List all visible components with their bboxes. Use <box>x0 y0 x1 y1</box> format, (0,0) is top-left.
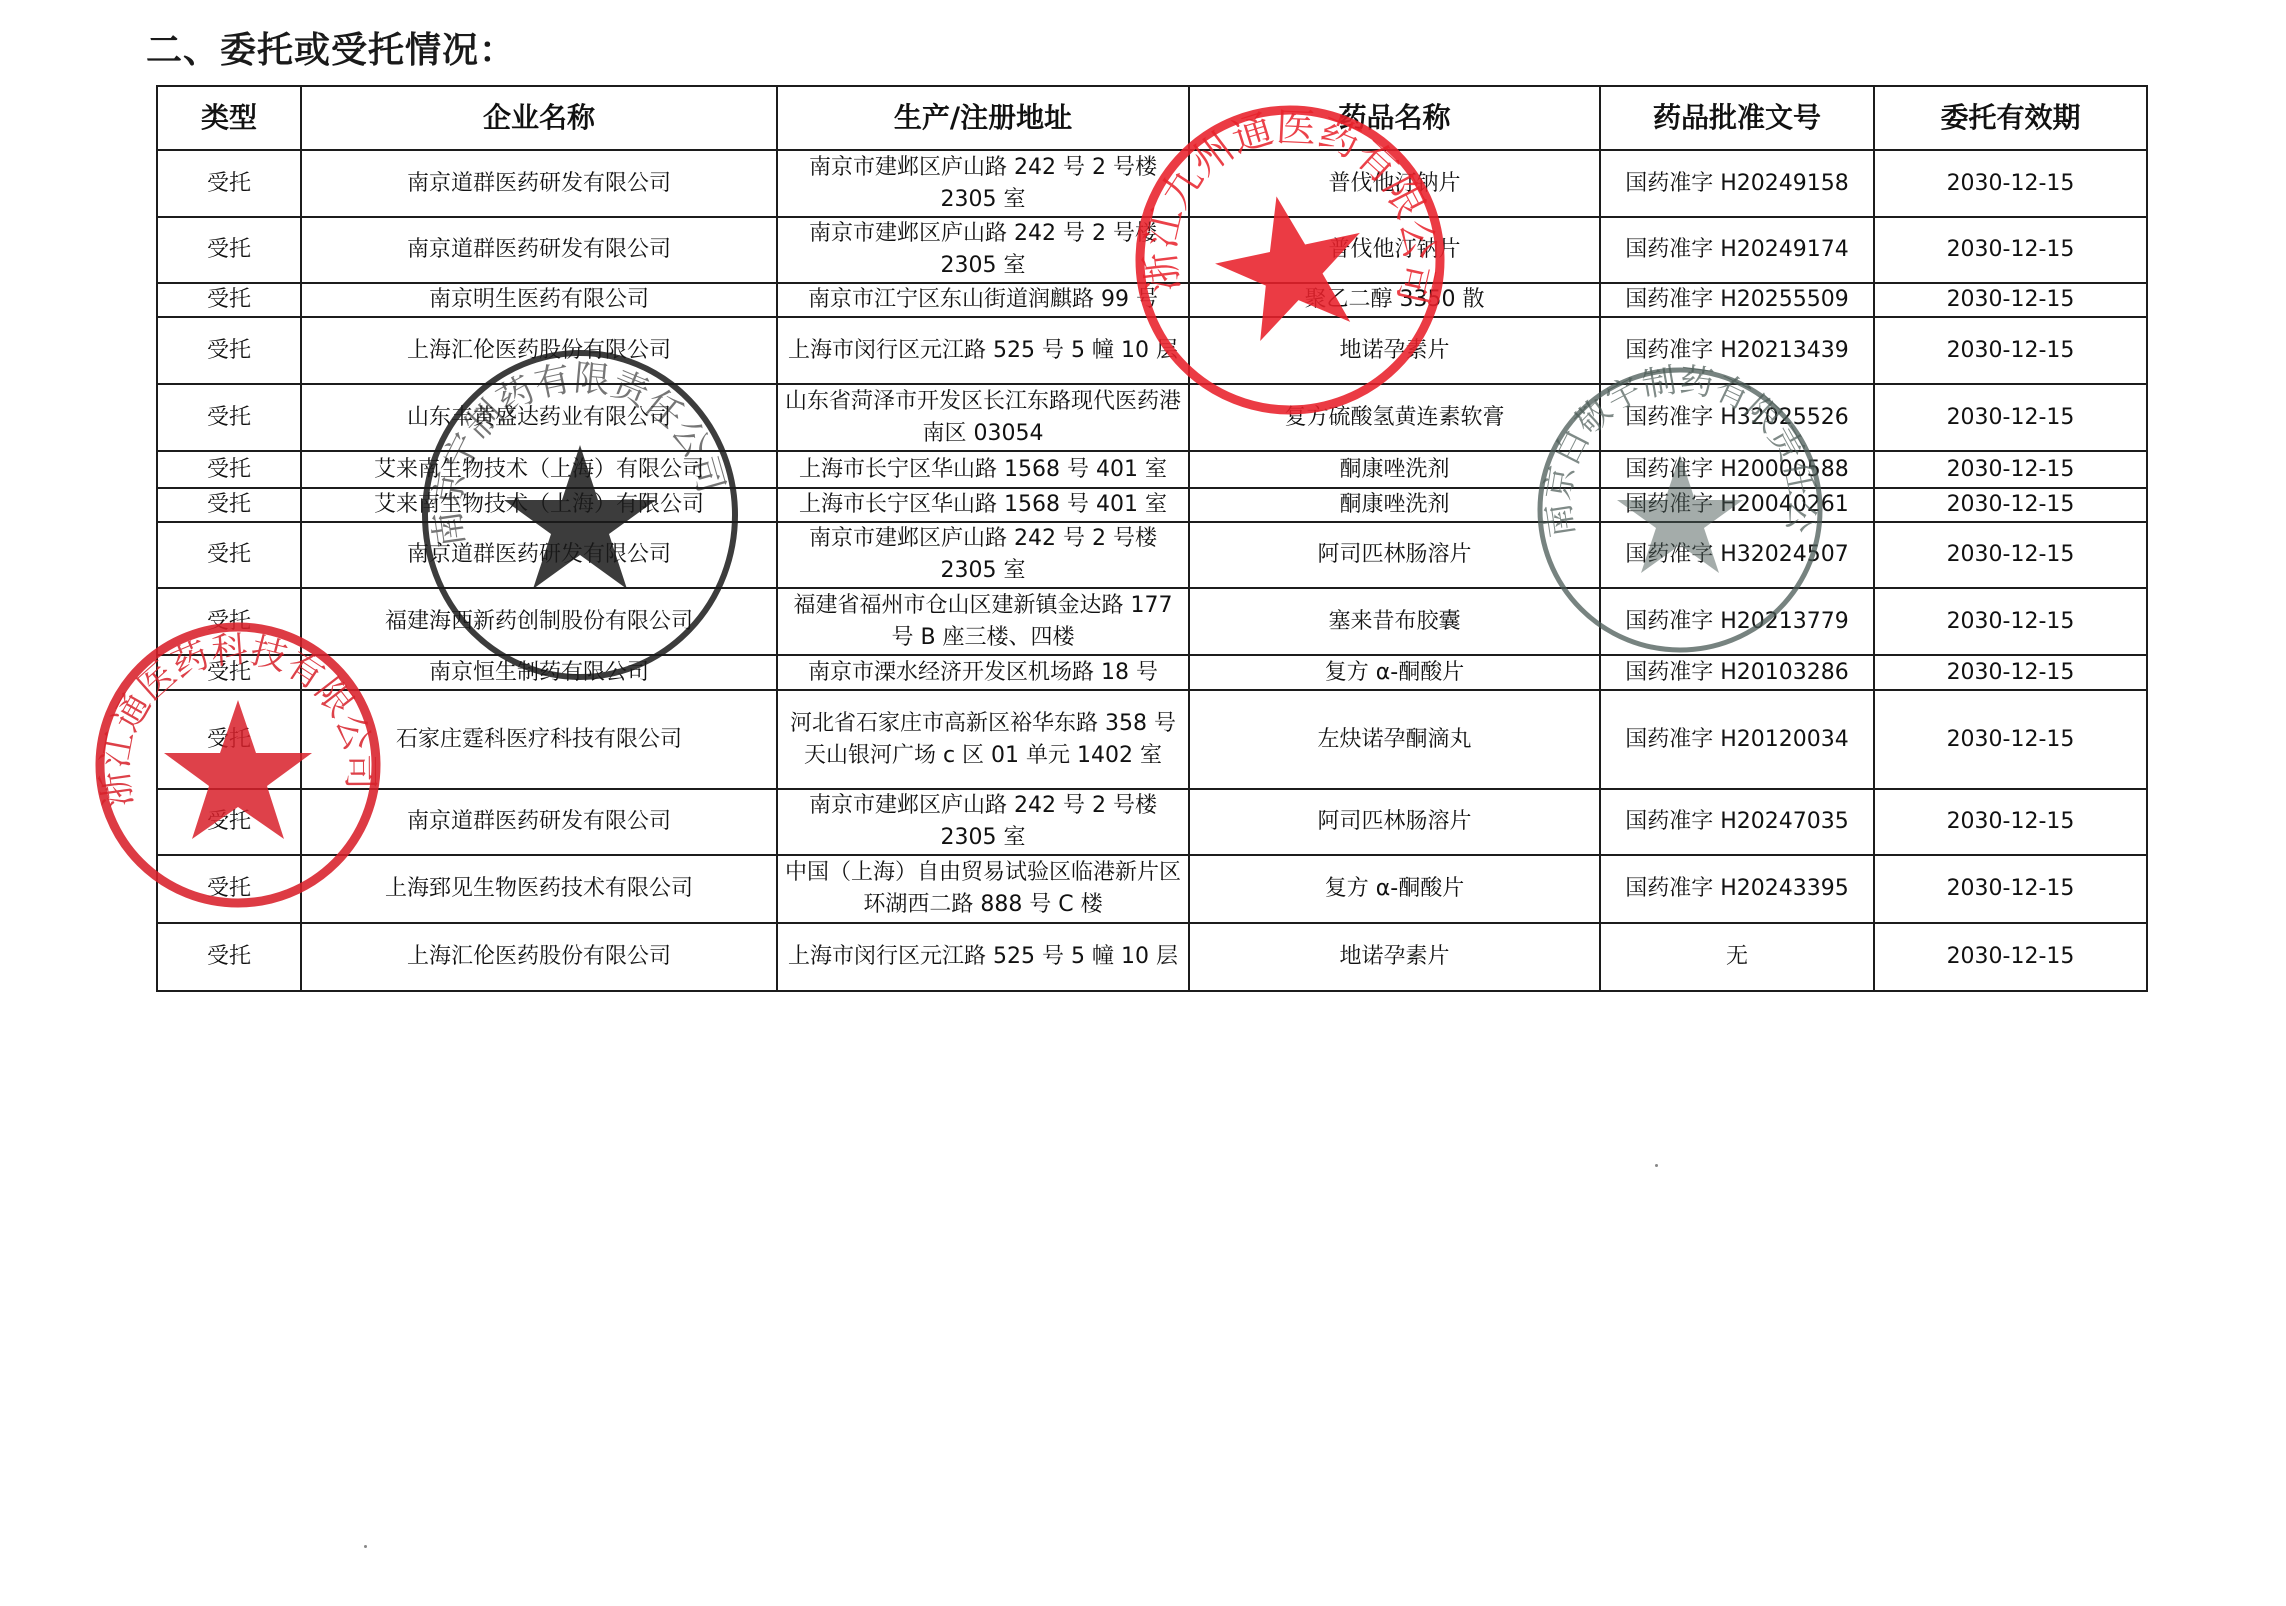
cell-company: 南京道群医药研发有限公司 <box>301 789 777 855</box>
cell-type: 受托 <box>157 690 301 789</box>
cell-company: 艾来南生物技术（上海）有限公司 <box>301 488 777 522</box>
cell-company: 石家庄霆科医疗科技有限公司 <box>301 690 777 789</box>
cell-valid-until: 2030-12-15 <box>1874 789 2147 855</box>
cell-type: 受托 <box>157 655 301 690</box>
table-row: 受托南京道群医药研发有限公司南京市建邺区庐山路 242 号 2 号楼 2305 … <box>157 150 2147 217</box>
cell-company: 艾来南生物技术（上海）有限公司 <box>301 451 777 488</box>
cell-approval: 国药准字 H20249174 <box>1600 217 1874 283</box>
cell-address: 上海市闵行区元江路 525 号 5 幢 10 层 <box>777 923 1189 991</box>
entrustment-table: 类型 企业名称 生产/注册地址 药品名称 药品批准文号 委托有效期 受托南京道群… <box>156 85 2148 992</box>
table-row: 受托福建海西新药创制股份有限公司福建省福州市仓山区建新镇金达路 177 号 B … <box>157 588 2147 655</box>
cell-address: 山东省菏泽市开发区长江东路现代医药港南区 03054 <box>777 384 1189 451</box>
cell-valid-until: 2030-12-15 <box>1874 150 2147 217</box>
cell-type: 受托 <box>157 451 301 488</box>
cell-approval: 国药准字 H20213779 <box>1600 588 1874 655</box>
cell-address: 河北省石家庄市高新区裕华东路 358 号天山银河广场 c 区 01 单元 140… <box>777 690 1189 789</box>
cell-company: 南京道群医药研发有限公司 <box>301 150 777 217</box>
cell-valid-until: 2030-12-15 <box>1874 488 2147 522</box>
cell-type: 受托 <box>157 789 301 855</box>
cell-address: 上海市长宁区华山路 1568 号 401 室 <box>777 488 1189 522</box>
cell-company: 南京道群医药研发有限公司 <box>301 522 777 588</box>
header-valid-until: 委托有效期 <box>1874 86 2147 150</box>
cell-valid-until: 2030-12-15 <box>1874 217 2147 283</box>
table-row: 受托南京恒生制药有限公司南京市溧水经济开发区机场路 18 号复方 α-酮酸片国药… <box>157 655 2147 690</box>
cell-approval: 国药准字 H20247035 <box>1600 789 1874 855</box>
table-row: 受托南京明生医药有限公司南京市江宁区东山街道润麒路 99 号聚乙二醇 3350 … <box>157 283 2147 317</box>
cell-drug: 复方 α-酮酸片 <box>1189 855 1600 923</box>
cell-company: 上海汇伦医药股份有限公司 <box>301 317 777 384</box>
table-row: 受托艾来南生物技术（上海）有限公司上海市长宁区华山路 1568 号 401 室酮… <box>157 451 2147 488</box>
cell-valid-until: 2030-12-15 <box>1874 317 2147 384</box>
cell-valid-until: 2030-12-15 <box>1874 522 2147 588</box>
cell-type: 受托 <box>157 855 301 923</box>
cell-company: 福建海西新药创制股份有限公司 <box>301 588 777 655</box>
cell-drug: 阿司匹林肠溶片 <box>1189 522 1600 588</box>
table-row: 受托南京道群医药研发有限公司南京市建邺区庐山路 242 号 2 号楼 2305 … <box>157 789 2147 855</box>
cell-drug: 地诺孕素片 <box>1189 923 1600 991</box>
cell-approval: 国药准字 H32025526 <box>1600 384 1874 451</box>
cell-drug: 复方硫酸氢黄连素软膏 <box>1189 384 1600 451</box>
cell-type: 受托 <box>157 317 301 384</box>
page-title: 二、委托或受托情况： <box>146 22 516 73</box>
cell-type: 受托 <box>157 522 301 588</box>
cell-drug: 塞来昔布胶囊 <box>1189 588 1600 655</box>
cell-drug: 普伐他汀钠片 <box>1189 217 1600 283</box>
table-row: 受托山东丰黄盛达药业有限公司山东省菏泽市开发区长江东路现代医药港南区 03054… <box>157 384 2147 451</box>
header-approval: 药品批准文号 <box>1600 86 1874 150</box>
table-row: 受托艾来南生物技术（上海）有限公司上海市长宁区华山路 1568 号 401 室酮… <box>157 488 2147 522</box>
cell-valid-until: 2030-12-15 <box>1874 923 2147 991</box>
cell-approval: 国药准字 H20213439 <box>1600 317 1874 384</box>
cell-type: 受托 <box>157 588 301 655</box>
table-header-row: 类型 企业名称 生产/注册地址 药品名称 药品批准文号 委托有效期 <box>157 86 2147 150</box>
cell-drug: 酮康唑洗剂 <box>1189 451 1600 488</box>
table-row: 受托上海汇伦医药股份有限公司上海市闵行区元江路 525 号 5 幢 10 层地诺… <box>157 317 2147 384</box>
cell-type: 受托 <box>157 488 301 522</box>
cell-drug: 地诺孕素片 <box>1189 317 1600 384</box>
cell-address: 南京市建邺区庐山路 242 号 2 号楼 2305 室 <box>777 522 1189 588</box>
cell-address: 南京市江宁区东山街道润麒路 99 号 <box>777 283 1189 317</box>
cell-approval: 国药准字 H20040261 <box>1600 488 1874 522</box>
header-drug: 药品名称 <box>1189 86 1600 150</box>
cell-company: 上海郅见生物医药技术有限公司 <box>301 855 777 923</box>
cell-address: 上海市闵行区元江路 525 号 5 幢 10 层 <box>777 317 1189 384</box>
table-row: 受托上海郅见生物医药技术有限公司中国（上海）自由贸易试验区临港新片区环湖西二路 … <box>157 855 2147 923</box>
cell-address: 中国（上海）自由贸易试验区临港新片区环湖西二路 888 号 C 楼 <box>777 855 1189 923</box>
cell-drug: 阿司匹林肠溶片 <box>1189 789 1600 855</box>
cell-approval: 国药准字 H32024507 <box>1600 522 1874 588</box>
cell-approval: 国药准字 H20255509 <box>1600 283 1874 317</box>
cell-type: 受托 <box>157 384 301 451</box>
header-address: 生产/注册地址 <box>777 86 1189 150</box>
cell-valid-until: 2030-12-15 <box>1874 283 2147 317</box>
cell-valid-until: 2030-12-15 <box>1874 384 2147 451</box>
cell-type: 受托 <box>157 217 301 283</box>
cell-drug: 复方 α-酮酸片 <box>1189 655 1600 690</box>
header-company: 企业名称 <box>301 86 777 150</box>
cell-address: 南京市建邺区庐山路 242 号 2 号楼 2305 室 <box>777 217 1189 283</box>
cell-type: 受托 <box>157 923 301 991</box>
cell-company: 山东丰黄盛达药业有限公司 <box>301 384 777 451</box>
cell-drug: 普伐他汀钠片 <box>1189 150 1600 217</box>
cell-address: 南京市建邺区庐山路 242 号 2 号楼 2305 室 <box>777 150 1189 217</box>
cell-address: 南京市建邺区庐山路 242 号 2 号楼 2305 室 <box>777 789 1189 855</box>
cell-valid-until: 2030-12-15 <box>1874 588 2147 655</box>
cell-company: 南京明生医药有限公司 <box>301 283 777 317</box>
cell-address: 上海市长宁区华山路 1568 号 401 室 <box>777 451 1189 488</box>
cell-approval: 国药准字 H20243395 <box>1600 855 1874 923</box>
cell-company: 南京恒生制药有限公司 <box>301 655 777 690</box>
table-row: 受托南京道群医药研发有限公司南京市建邺区庐山路 242 号 2 号楼 2305 … <box>157 217 2147 283</box>
cell-approval: 国药准字 H20000588 <box>1600 451 1874 488</box>
cell-approval: 国药准字 H20249158 <box>1600 150 1874 217</box>
scan-speck <box>1655 1164 1658 1167</box>
cell-drug: 酮康唑洗剂 <box>1189 488 1600 522</box>
cell-approval: 无 <box>1600 923 1874 991</box>
cell-approval: 国药准字 H20120034 <box>1600 690 1874 789</box>
cell-drug: 聚乙二醇 3350 散 <box>1189 283 1600 317</box>
cell-approval: 国药准字 H20103286 <box>1600 655 1874 690</box>
table-row: 受托南京道群医药研发有限公司南京市建邺区庐山路 242 号 2 号楼 2305 … <box>157 522 2147 588</box>
cell-valid-until: 2030-12-15 <box>1874 855 2147 923</box>
scan-speck <box>364 1545 367 1548</box>
cell-company: 上海汇伦医药股份有限公司 <box>301 923 777 991</box>
cell-valid-until: 2030-12-15 <box>1874 451 2147 488</box>
cell-address: 南京市溧水经济开发区机场路 18 号 <box>777 655 1189 690</box>
cell-company: 南京道群医药研发有限公司 <box>301 217 777 283</box>
cell-address: 福建省福州市仓山区建新镇金达路 177 号 B 座三楼、四楼 <box>777 588 1189 655</box>
cell-type: 受托 <box>157 150 301 217</box>
cell-type: 受托 <box>157 283 301 317</box>
cell-drug: 左炔诺孕酮滴丸 <box>1189 690 1600 789</box>
table-row: 受托上海汇伦医药股份有限公司上海市闵行区元江路 525 号 5 幢 10 层地诺… <box>157 923 2147 991</box>
cell-valid-until: 2030-12-15 <box>1874 655 2147 690</box>
cell-valid-until: 2030-12-15 <box>1874 690 2147 789</box>
header-type: 类型 <box>157 86 301 150</box>
table-row: 受托石家庄霆科医疗科技有限公司河北省石家庄市高新区裕华东路 358 号天山银河广… <box>157 690 2147 789</box>
